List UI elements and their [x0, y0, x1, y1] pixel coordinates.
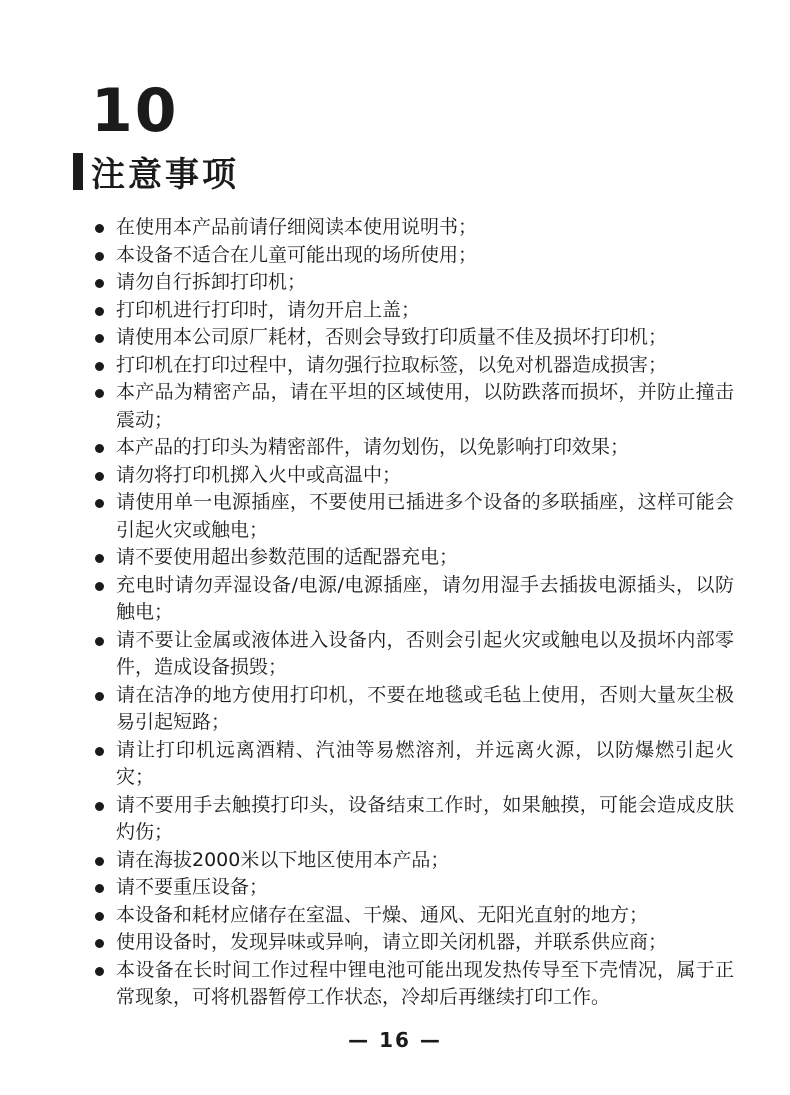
list-item-text: 本产品为精密产品，请在平坦的区域使用，以防跌落而损坏，并防止撞击震动； [116, 379, 734, 434]
bullet-icon [95, 307, 104, 316]
bullet-icon [95, 362, 104, 371]
page-number: — 16 — [348, 1028, 442, 1052]
list-item: 请不要让金属或液体进入设备内，否则会引起火灾或触电以及损坏内部零件，造成设备损毁… [95, 627, 734, 682]
bullet-icon [95, 554, 104, 563]
list-item-text: 请不要重压设备； [116, 874, 734, 902]
list-item-text: 打印机进行打印时，请勿开启上盖； [116, 297, 734, 325]
list-item-text: 请勿自行拆卸打印机； [116, 269, 734, 297]
list-item: 请使用单一电源插座，不要使用已插进多个设备的多联插座，这样可能会引起火灾或触电； [95, 489, 734, 544]
bullet-icon [95, 857, 104, 866]
list-item-text: 充电时请勿弄湿设备/电源/电源插座，请勿用湿手去插拔电源插头，以防触电； [116, 572, 734, 627]
list-item: 请让打印机远离酒精、汽油等易燃溶剂，并远离火源，以防爆燃引起火灾； [95, 737, 734, 792]
precautions-list: 在使用本产品前请仔细阅读本使用说明书；本设备不适合在儿童可能出现的场所使用；请勿… [0, 214, 790, 1012]
title-bar-marker [73, 153, 83, 190]
list-item: 充电时请勿弄湿设备/电源/电源插座，请勿用湿手去插拔电源插头，以防触电； [95, 572, 734, 627]
list-item: 使用设备时，发现异味或异响，请立即关闭机器，并联系供应商； [95, 929, 734, 957]
list-item: 请不要用手去触摸打印头，设备结束工作时，如果触摸，可能会造成皮肤灼伤； [95, 792, 734, 847]
list-item: 请使用本公司原厂耗材，否则会导致打印质量不佳及损坏打印机； [95, 324, 734, 352]
bullet-icon [95, 444, 104, 453]
list-item: 本产品的打印头为精密部件，请勿划伤，以免影响打印效果； [95, 434, 734, 462]
list-item: 请勿自行拆卸打印机； [95, 269, 734, 297]
section-title-text: 注意事项 [91, 147, 239, 196]
list-item-text: 请在洁净的地方使用打印机，不要在地毯或毛毡上使用，否则大量灰尘极易引起短路； [116, 682, 734, 737]
list-item: 本产品为精密产品，请在平坦的区域使用，以防跌落而损坏，并防止撞击震动； [95, 379, 734, 434]
bullet-icon [95, 224, 104, 233]
manual-page: 10 注意事项 在使用本产品前请仔细阅读本使用说明书；本设备不适合在儿童可能出现… [0, 0, 790, 1095]
bullet-icon [95, 389, 104, 398]
list-item-text: 打印机在打印过程中，请勿强行拉取标签，以免对机器造成损害； [116, 352, 734, 380]
list-item: 请不要重压设备； [95, 874, 734, 902]
list-item: 请勿将打印机掷入火中或高温中； [95, 462, 734, 490]
page-footer: — 16 — [0, 1028, 790, 1052]
list-item: 请在洁净的地方使用打印机，不要在地毯或毛毡上使用，否则大量灰尘极易引起短路； [95, 682, 734, 737]
list-item: 本设备和耗材应储存在室温、干燥、通风、无阳光直射的地方； [95, 902, 734, 930]
list-item: 请在海拔2000米以下地区使用本产品； [95, 847, 734, 875]
list-item: 本设备在长时间工作过程中锂电池可能出现发热传导至下壳情况，属于正常现象，可将机器… [95, 957, 734, 1012]
bullet-icon [95, 884, 104, 893]
bullet-icon [95, 967, 104, 976]
list-item: 打印机在打印过程中，请勿强行拉取标签，以免对机器造成损害； [95, 352, 734, 380]
bullet-icon [95, 747, 104, 756]
list-item: 打印机进行打印时，请勿开启上盖； [95, 297, 734, 325]
bullet-icon [95, 499, 104, 508]
bullet-icon [95, 279, 104, 288]
bullet-icon [95, 637, 104, 646]
list-item-text: 请让打印机远离酒精、汽油等易燃溶剂，并远离火源，以防爆燃引起火灾； [116, 737, 734, 792]
list-item-text: 本设备不适合在儿童可能出现的场所使用； [116, 242, 734, 270]
list-item-text: 请在海拔2000米以下地区使用本产品； [116, 847, 734, 875]
list-item: 在使用本产品前请仔细阅读本使用说明书； [95, 214, 734, 242]
list-item: 请不要使用超出参数范围的适配器充电； [95, 544, 734, 572]
list-item-text: 本设备在长时间工作过程中锂电池可能出现发热传导至下壳情况，属于正常现象，可将机器… [116, 957, 734, 1012]
chapter-number: 10 [91, 80, 790, 143]
list-item-text: 请不要让金属或液体进入设备内，否则会引起火灾或触电以及损坏内部零件，造成设备损毁… [116, 627, 734, 682]
list-item-text: 请使用本公司原厂耗材，否则会导致打印质量不佳及损坏打印机； [116, 324, 734, 352]
list-item-text: 请不要用手去触摸打印头，设备结束工作时，如果触摸，可能会造成皮肤灼伤； [116, 792, 734, 847]
bullet-icon [95, 939, 104, 948]
list-item: 本设备不适合在儿童可能出现的场所使用； [95, 242, 734, 270]
bullet-icon [95, 252, 104, 261]
bullet-icon [95, 582, 104, 591]
bullet-icon [95, 692, 104, 701]
bullet-icon [95, 472, 104, 481]
list-item-text: 本设备和耗材应储存在室温、干燥、通风、无阳光直射的地方； [116, 902, 734, 930]
list-item-text: 在使用本产品前请仔细阅读本使用说明书； [116, 214, 734, 242]
section-title-row: 注意事项 [73, 147, 790, 196]
bullet-icon [95, 802, 104, 811]
list-item-text: 本产品的打印头为精密部件，请勿划伤，以免影响打印效果； [116, 434, 734, 462]
section-header: 10 注意事项 [0, 80, 790, 196]
list-item-text: 使用设备时，发现异味或异响，请立即关闭机器，并联系供应商； [116, 929, 734, 957]
list-item-text: 请使用单一电源插座，不要使用已插进多个设备的多联插座，这样可能会引起火灾或触电； [116, 489, 734, 544]
bullet-icon [95, 334, 104, 343]
list-item-text: 请勿将打印机掷入火中或高温中； [116, 462, 734, 490]
list-item-text: 请不要使用超出参数范围的适配器充电； [116, 544, 734, 572]
bullet-icon [95, 912, 104, 921]
